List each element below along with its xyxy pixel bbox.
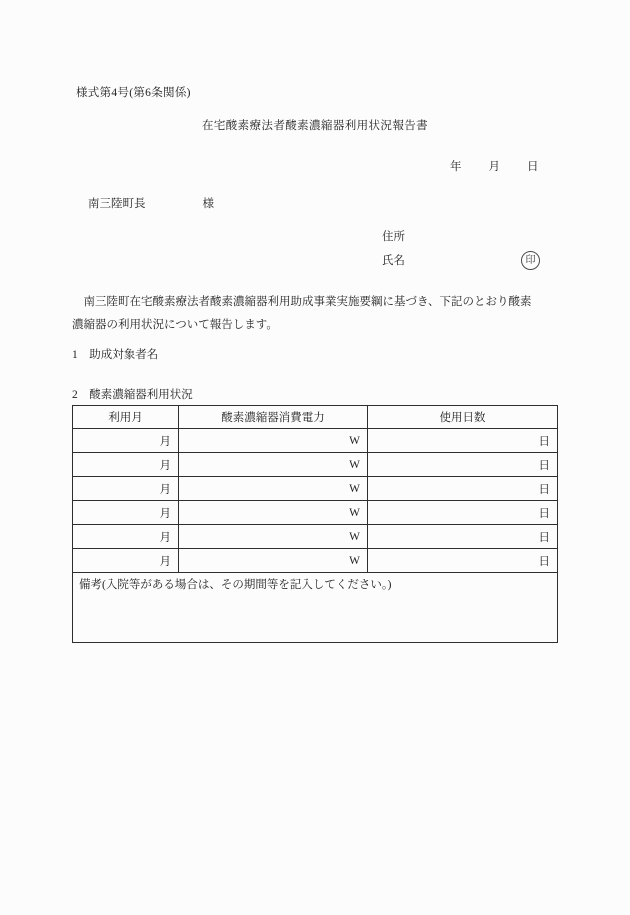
table-header-row: 利用月 酸素濃縮器消費電力 使用日数 (73, 406, 558, 429)
section-heading-recipient-name: 1 助成対象者名 (72, 346, 158, 362)
remarks-row: 備考(入院等がある場合は、その期間等を記入してください。) (73, 573, 558, 643)
sender-address-label: 住所 (382, 228, 405, 244)
date-line: 年 月 日 (450, 158, 539, 174)
col-header-days-used: 使用日数 (368, 406, 558, 429)
sender-name-label: 氏名 (382, 252, 405, 268)
power-cell: W (179, 549, 368, 573)
date-day-label: 日 (527, 158, 539, 174)
seal-icon: 印 (521, 251, 540, 270)
usage-table-container: 利用月 酸素濃縮器消費電力 使用日数 月 W 日 月 W 日 月 (72, 405, 558, 643)
table-row: 月 W 日 (73, 549, 558, 573)
seal-mark-label: 印 (526, 256, 536, 266)
remarks-cell: 備考(入院等がある場合は、その期間等を記入してください。) (73, 573, 558, 643)
power-cell: W (179, 453, 368, 477)
power-cell: W (179, 501, 368, 525)
days-cell: 日 (368, 453, 558, 477)
table-row: 月 W 日 (73, 477, 558, 501)
days-cell: 日 (368, 549, 558, 573)
table-row: 月 W 日 (73, 525, 558, 549)
table-row: 月 W 日 (73, 453, 558, 477)
addressee-honorific: 様 (203, 195, 215, 211)
table-row: 月 W 日 (73, 429, 558, 453)
days-cell: 日 (368, 429, 558, 453)
col-header-power-consumption: 酸素濃縮器消費電力 (179, 406, 368, 429)
addressee-line: 南三陸町長 様 (88, 195, 214, 211)
month-cell: 月 (73, 501, 179, 525)
date-month-label: 月 (489, 158, 501, 174)
date-year-label: 年 (450, 158, 462, 174)
addressee-title: 南三陸町長 (88, 195, 146, 211)
month-cell: 月 (73, 429, 179, 453)
table-row: 月 W 日 (73, 501, 558, 525)
days-cell: 日 (368, 501, 558, 525)
month-cell: 月 (73, 549, 179, 573)
intro-line-1: 南三陸町在宅酸素療法者酸素濃縮器利用助成事業実施要綱に基づき、下記のとおり酸素 (72, 291, 562, 314)
month-cell: 月 (73, 525, 179, 549)
power-cell: W (179, 477, 368, 501)
days-cell: 日 (368, 477, 558, 501)
document-page: 様式第4号(第6条関係) 在宅酸素療法者酸素濃縮器利用状況報告書 年 月 日 南… (0, 0, 630, 915)
section-heading-usage-status: 2 酸素濃縮器利用状況 (72, 386, 193, 402)
document-title: 在宅酸素療法者酸素濃縮器利用状況報告書 (0, 117, 630, 133)
form-number: 様式第4号(第6条関係) (76, 84, 191, 100)
month-cell: 月 (73, 477, 179, 501)
power-cell: W (179, 429, 368, 453)
intro-paragraph: 南三陸町在宅酸素療法者酸素濃縮器利用助成事業実施要綱に基づき、下記のとおり酸素 … (72, 291, 562, 336)
month-cell: 月 (73, 453, 179, 477)
usage-table: 利用月 酸素濃縮器消費電力 使用日数 月 W 日 月 W 日 月 (72, 405, 558, 643)
power-cell: W (179, 525, 368, 549)
days-cell: 日 (368, 525, 558, 549)
col-header-usage-month: 利用月 (73, 406, 179, 429)
intro-line-2: 濃縮器の利用状況について報告します。 (72, 314, 562, 337)
